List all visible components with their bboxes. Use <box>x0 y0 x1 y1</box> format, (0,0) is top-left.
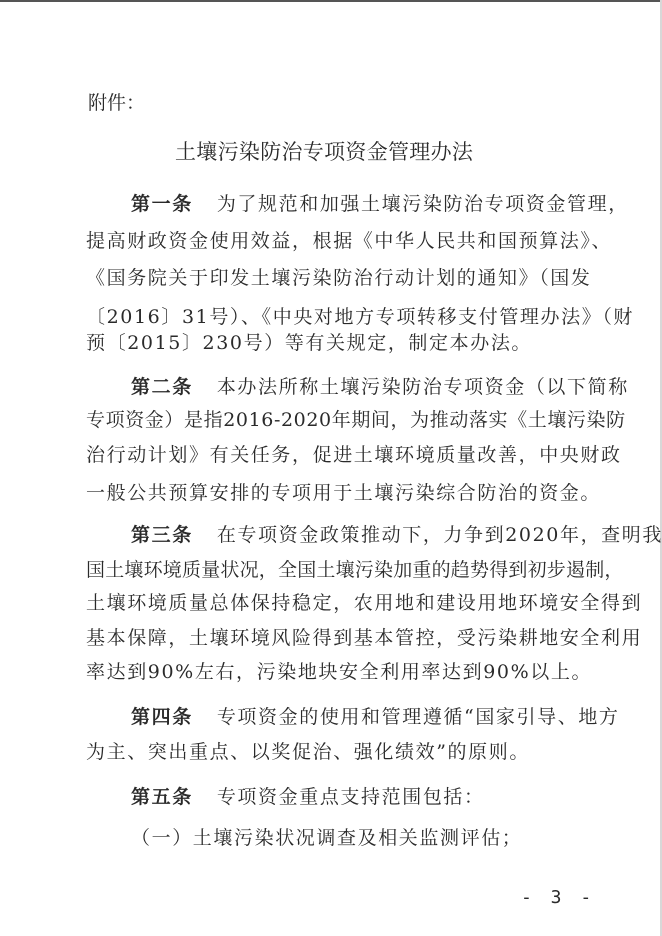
scan-top-edge <box>0 0 662 2</box>
article-label: 第二条 <box>131 376 193 398</box>
article-line: 土壤环境质量总体保持稳定，农用地和建设用地环境安全得到 <box>86 591 642 615</box>
article-line: 治行动计划》有关任务，促进土壤环境质量改善，中央财政 <box>86 443 622 467</box>
list-item: （一）土壤污染状况调查及相关监测评估； <box>131 826 522 850</box>
article-line: 〔2016〕31号）、《中央对地方专项转移支付管理办法》（财 <box>86 305 634 329</box>
attachment-label: 附件： <box>88 91 145 115</box>
article-line: 基本保障，土壤环境风险得到基本管控，受污染耕地安全利用 <box>86 626 642 650</box>
page-number: - 3 - <box>521 887 595 908</box>
article-line: 为主、突出重点、以奖促治、强化绩效”的原则。 <box>86 740 530 764</box>
article-line: 专项资金）是指2016-2020年期间，为推动落实《土壤污染防 <box>86 408 626 432</box>
article-label: 第一条 <box>131 193 193 215</box>
document-title: 土壤污染防治专项资金管理办法 <box>175 140 473 164</box>
article-line: 国土壤环境质量状况，全国土壤污染加重的趋势得到初步遏制， <box>86 558 624 582</box>
article-1-first-line: 第一条为了规范和加强土壤污染防治专项资金管理， <box>131 192 629 216</box>
article-line: 《国务院关于印发土壤污染防治行动计划的通知》（国发 <box>86 266 592 290</box>
article-line: 率达到90%左右，污染地块安全利用率达到90%以上。 <box>86 660 592 684</box>
article-line: 一般公共预算安排的专项用于土壤污染综合防治的资金。 <box>86 481 601 505</box>
article-label: 第五条 <box>131 786 193 808</box>
article-5-first-line: 第五条专项资金重点支持范围包括： <box>131 785 485 809</box>
article-3-first-line: 第三条在专项资金政策推动下，力争到2020年，查明我 <box>131 523 662 547</box>
article-line: 预〔2015〕230号）等有关规定，制定本办法。 <box>86 331 532 355</box>
article-line: 提高财政资金使用效益，根据《中华人民共和国预算法》、 <box>86 229 612 253</box>
article-label: 第四条 <box>131 706 193 728</box>
article-label: 第三条 <box>131 524 193 546</box>
article-4-first-line: 第四条专项资金的使用和管理遵循“国家引导、地方 <box>131 705 620 729</box>
article-2-first-line: 第二条本办法所称土壤污染防治专项资金（以下简称 <box>131 375 629 399</box>
